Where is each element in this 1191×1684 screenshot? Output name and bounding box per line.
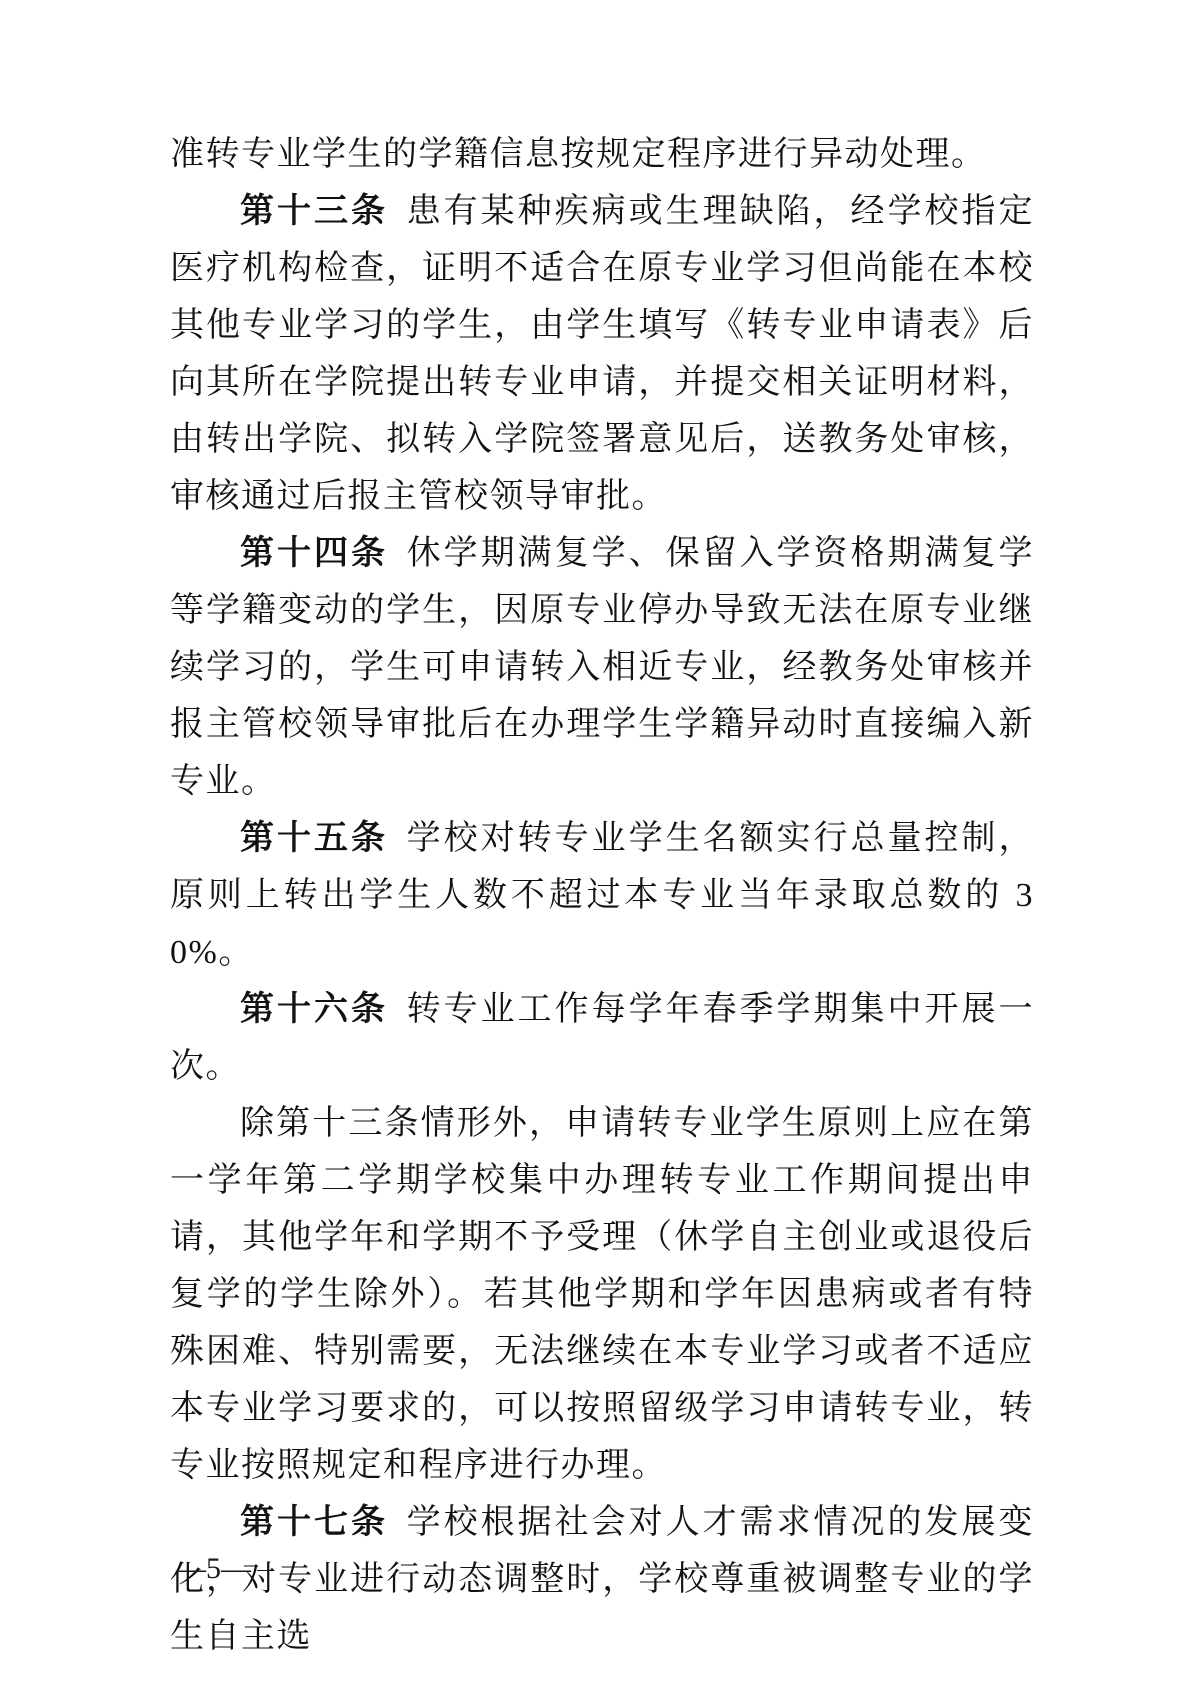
paragraph-article-14: 第十四条休学期满复学、保留入学资格期满复学等学籍变动的学生，因原专业停办导致无法…: [170, 525, 1034, 810]
article-13-number: 第十三条: [240, 193, 388, 230]
page-number: —5—: [176, 1552, 251, 1586]
document-page: 准转专业学生的学籍信息按规定程序进行异动处理。 第十三条患有某种疾病或生理缺陷，…: [0, 0, 1191, 1684]
paragraph-text: 准转专业学生的学籍信息按规定程序进行异动处理。: [170, 136, 987, 173]
page-number-label: —5—: [176, 1552, 251, 1585]
paragraph-text: 除第十三条情形外，申请转专业学生原则上应在第一学年第二学期学校集中办理转专业工作…: [170, 1105, 1034, 1484]
article-14-number: 第十四条: [240, 535, 388, 572]
paragraph-article-16-supplement: 除第十三条情形外，申请转专业学生原则上应在第一学年第二学期学校集中办理转专业工作…: [170, 1095, 1034, 1494]
paragraph-article-15: 第十五条学校对转专业学生名额实行总量控制，原则上转出学生人数不超过本专业当年录取…: [170, 810, 1034, 981]
paragraph-continuation: 准转专业学生的学籍信息按规定程序进行异动处理。: [170, 126, 1034, 183]
article-17-number: 第十七条: [240, 1504, 388, 1541]
paragraph-text: 患有某种疾病或生理缺陷，经学校指定医疗机构检查，证明不适合在原专业学习但尚能在本…: [170, 193, 1034, 515]
paragraph-article-17: 第十七条学校根据社会对人才需求情况的发展变化，对专业进行动态调整时，学校尊重被调…: [170, 1494, 1034, 1665]
paragraph-article-13: 第十三条患有某种疾病或生理缺陷，经学校指定医疗机构检查，证明不适合在原专业学习但…: [170, 183, 1034, 525]
paragraph-text: 休学期满复学、保留入学资格期满复学等学籍变动的学生，因原专业停办导致无法在原专业…: [170, 535, 1034, 800]
article-15-number: 第十五条: [240, 820, 388, 857]
document-body: 准转专业学生的学籍信息按规定程序进行异动处理。 第十三条患有某种疾病或生理缺陷，…: [170, 126, 1034, 1665]
paragraph-article-16: 第十六条转专业工作每学年春季学期集中开展一次。: [170, 981, 1034, 1095]
article-16-number: 第十六条: [240, 991, 388, 1028]
